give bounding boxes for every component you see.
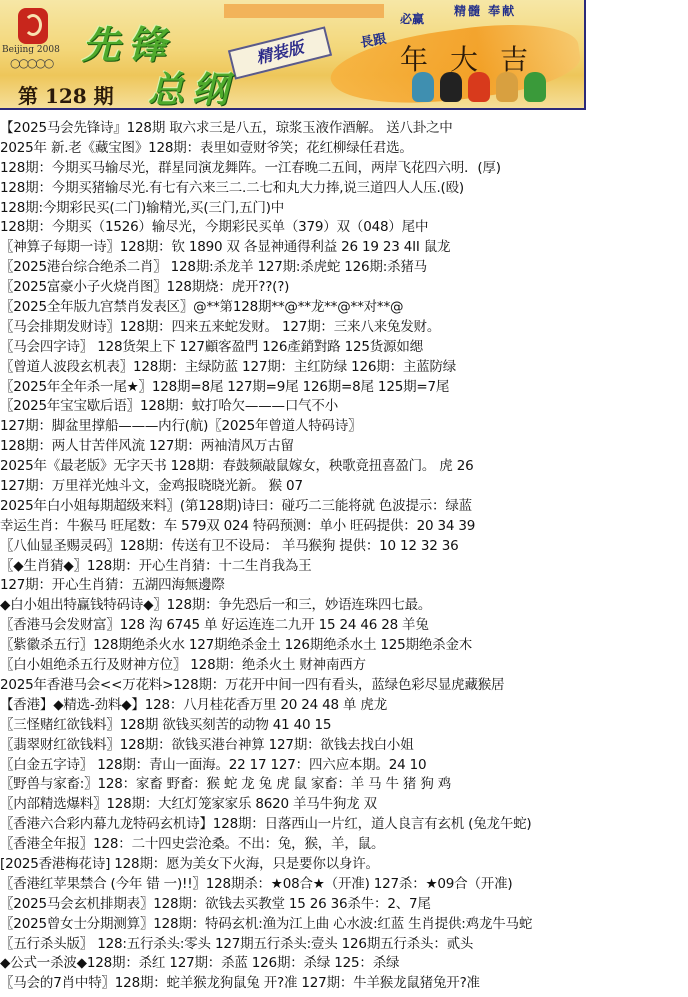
olympic-rings-icon: ○○○○○ <box>10 56 52 70</box>
text-line: 2025年《最老版》无字天书 128期：春鼓频敲鼠嫁女，秧歌竟扭喜盈门。 虎 2… <box>0 457 688 477</box>
banner-title-top: 先锋 <box>82 14 174 69</box>
text-line: 2025年 新.老《藏宝图》128期：表里如壹财爷笑；花红柳绿任君选。 <box>0 139 688 159</box>
mascot-icon <box>468 72 490 102</box>
text-line: 〖白金五字诗〗 128期：青山一面海。22 17 127：四六应本期。24 10 <box>0 756 688 776</box>
banner-title-bottom: 总纲 <box>148 62 236 110</box>
text-line: 127期：万里祥光烛斗文，金鸡报晓晓光新。 猴 07 <box>0 477 688 497</box>
text-line: 〖2025全年版九宫禁肖发表区〗@**第128期**@**龙**@**对**@ <box>0 298 688 318</box>
text-line: 〖香港全年报〗128：二十四史尝沧桑。不出：兔，猴，羊，鼠。 <box>0 835 688 855</box>
text-line: 〖野兽与家畜:〗128：家畜 野畜：猴 蛇 龙 兔 虎 鼠 家畜：羊 马 牛 猪… <box>0 775 688 795</box>
text-line: 〖2025曾女士分期测算〗128期：特码玄机:渔为江上曲 心水波:红蓝 生肖提供… <box>0 915 688 935</box>
text-line: 128期：今期买猪输尽光.有七有六来三二.二七和丸大力捧,说三道四人人压.(殴) <box>0 179 688 199</box>
text-line: 128期:今期彩民买(二门)输精光,买(三门,五门)中 <box>0 199 688 219</box>
text-line: 128期：今期买马输尽光，群星同演龙舞阵。一江春晚二五间，两岸飞花四六明．(厚) <box>0 159 688 179</box>
text-line: 【2025马会先锋诗』128期 取六求三是八五，琼浆玉液作酒解。 送八卦之中 <box>0 119 688 139</box>
prediction-list: 【2025马会先锋诗』128期 取六求三是八五，琼浆玉液作酒解。 送八卦之中 2… <box>0 119 688 994</box>
mascot-icon <box>440 72 462 102</box>
text-line: 〖马会排期发财诗〗128期：四来五来蛇发财。 127期：三来八来兔发财。 <box>0 318 688 338</box>
text-line: 〖翡翠财红欲钱料〗128期：欲钱买港台神算 127期：欲钱去找白小姐 <box>0 736 688 756</box>
text-line: 2025年香港马会<<万花料>128期：万花开中间一四有看头，蓝绿色彩尽显虎藏猴… <box>0 676 688 696</box>
text-line: 〖2025富豪小子火烧肖图〗128期烧：虎开??(?) <box>0 278 688 298</box>
text-line: 〖神算子每期一诗〗128期：钦 1890 双 各显神通得利益 26 19 23 … <box>0 238 688 258</box>
mascots-group <box>412 72 546 102</box>
text-line: 〖香港马会发财富〗128 沟 6745 单 好运连连二九开 15 24 46 2… <box>0 616 688 636</box>
text-line: 〖◆生肖猜◆〗128期：开心生肖猜：十二生肖我為王 <box>0 557 688 577</box>
banner-decoration-strip <box>224 4 384 18</box>
text-line: 〖白小姐绝杀五行及财神方位〗 128期：绝杀火土 财神南西方 <box>0 656 688 676</box>
header-banner: Beijing 2008 ○○○○○ 先锋 精装版 总纲 第 128 期 必赢 … <box>0 0 586 110</box>
text-line: ◆白小姐出特赢钱特码诗◆〗128期：争先恐后一和三，妙语连珠四七最。 <box>0 596 688 616</box>
text-line: 〖2025马会玄机排期表〗128期：欲钱去买教堂 15 26 36杀牛：2、7尾 <box>0 895 688 915</box>
text-line: 〖五行杀头版〗 128:五行杀头:零头 127期五行杀头:壹头 126期五行杀头… <box>0 935 688 955</box>
text-line: 幸运生肖：牛猴马 旺尾数：车 579双 024 特码预测：单小 旺码提供：20 … <box>0 517 688 537</box>
mascot-icon <box>412 72 434 102</box>
text-line: 128期：两人甘苦伴风流 127期：两袖清风万古留 <box>0 437 688 457</box>
text-line: [2025香港梅花诗] 128期：愿为美女下火海，只是要你以身许。 <box>0 855 688 875</box>
text-line: 2025年白小姐每期超级来料〗(第128期)诗曰：碰巧二三能将就 色波提示：绿蓝 <box>0 497 688 517</box>
text-line: 〖2025港台综合绝杀二肖〗 128期:杀龙羊 127期:杀虎蛇 126期:杀猪… <box>0 258 688 278</box>
issue-number: 第 128 期 <box>18 80 114 109</box>
text-line: 127期：脚盆里撑船———内行(航)〖2025年曾道人特码诗〗 <box>0 417 688 437</box>
text-line: 〖曾道人波段玄机表〗128期：主绿防蓝 127期：主红防绿 126期：主蓝防绿 <box>0 358 688 378</box>
mascot-icon <box>524 72 546 102</box>
logo-caption: Beijing 2008 <box>2 45 60 55</box>
text-line: 〖紫徽杀五行〗128期绝杀火水 127期绝杀金土 126期绝杀水土 125期绝杀… <box>0 636 688 656</box>
text-line: 〖马会四字诗〗 128货架上下 127顧客盈門 126產銷對路 125货源如缌 <box>0 338 688 358</box>
text-line: 128期：今期买（1526）输尽光，今期彩民买单（379）双（048）尾中 <box>0 218 688 238</box>
text-line: 〖香港六合彩内幕九龙特码玄机诗】128期：日落西山一片红，道人良言有玄机 (兔龙… <box>0 815 688 835</box>
text-line: 〖三怪赌红欲钱料〗128期 欲钱买刻苦的动物 41 40 15 <box>0 716 688 736</box>
edition-badge: 精装版 <box>228 26 332 79</box>
text-line: 〖八仙显圣赐灵码〗128期：传送有卫不设局： 羊马猴狗 提供：10 12 32 … <box>0 537 688 557</box>
slogan-sub: 必赢 <box>400 10 424 27</box>
text-line: 〖马会的7肖中特〗128期：蛇羊猴龙狗鼠兔 开?准 127期：牛羊猴龙鼠猪兔开?… <box>0 974 688 994</box>
text-line: 〖香港红苹果禁合 (今年 错 一)!!〗128期杀：★08合★（开准) 127杀… <box>0 875 688 895</box>
text-line: 127期：开心生肖猜：五湖四海無邊際 <box>0 576 688 596</box>
text-line: ◆公式一杀波◆128期：杀红 127期：杀蓝 126期：杀绿 125：杀绿 <box>0 954 688 974</box>
text-line: 〖2025年宝宝歇后语〗128期：蚊打哈欠———口气不小 <box>0 397 688 417</box>
text-line: 【香港】◆精选-劲料◆】128：八月桂花香万里 20 24 48 单 虎龙 <box>0 696 688 716</box>
mascot-icon <box>496 72 518 102</box>
logo-swirl-icon <box>24 14 42 36</box>
text-line: 〖2025年全年杀一尾★〗128期=8尾 127期=9尾 126期=8尾 125… <box>0 378 688 398</box>
slogan-main: 精髓 奉献 <box>454 2 516 19</box>
text-line: 〖内部精选爆料〗128期：大红灯笼家家乐 8620 羊马牛狗龙 双 <box>0 795 688 815</box>
